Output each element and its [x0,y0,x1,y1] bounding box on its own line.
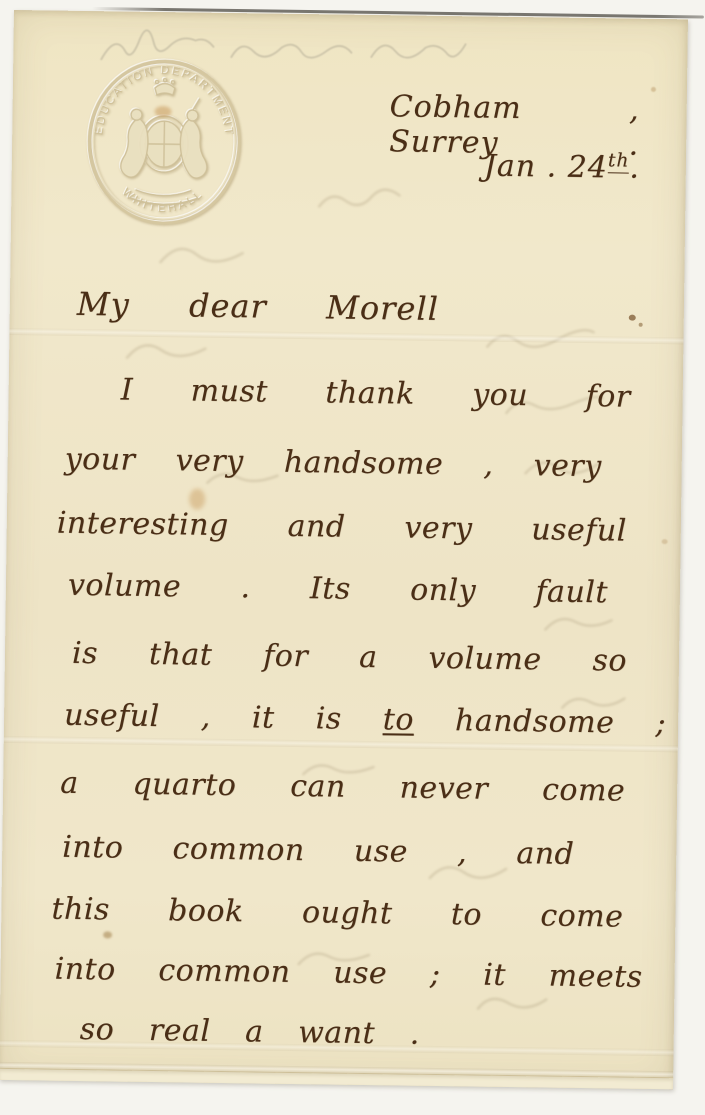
foxing-spot [629,315,636,321]
body-line: useful , it is to handsome ; [64,699,666,740]
body-line: so real a want . [80,1013,420,1051]
dateline-date-suffix: th [608,150,630,173]
scan-background: EDUCATION DEPARTMENT WHITEHALL [0,0,705,1115]
foxing-spot [651,87,656,92]
body-line: I must thank you for [120,374,630,414]
body-line: is that for a volume so [72,637,627,678]
body-line: a quarto can never come [60,767,625,808]
body-line-segment: handsome ; [414,703,667,742]
underlined-word: to [383,702,415,737]
education-department-seal: EDUCATION DEPARTMENT WHITEHALL [75,49,254,235]
dateline-date-period: . [629,151,640,186]
royal-coat-of-arms-icon: EDUCATION DEPARTMENT WHITEHALL [75,49,254,235]
foxing-spot [662,539,668,544]
body-line: volume . Its only fault [68,569,608,610]
second-leaf-edge [0,1068,673,1089]
body-line: interesting and very useful [57,507,627,548]
dateline-date-main: Jan . 24 [484,149,608,186]
fold-crease [9,328,683,344]
letter-paper: EDUCATION DEPARTMENT WHITEHALL [0,10,688,1089]
body-line: this book ought to come [51,893,623,934]
foxing-spot [639,323,643,327]
salutation: My dear Morell [77,285,439,328]
body-line: into common use ; it meets [54,953,642,994]
foxing-spot [103,931,112,938]
body-line-segment: useful , it is [64,698,383,737]
body-line: into common use , and [62,831,574,871]
seal-stain [155,106,172,117]
body-line: your very handsome , very [65,443,602,483]
dateline-date: Jan . 24th. [484,149,640,186]
